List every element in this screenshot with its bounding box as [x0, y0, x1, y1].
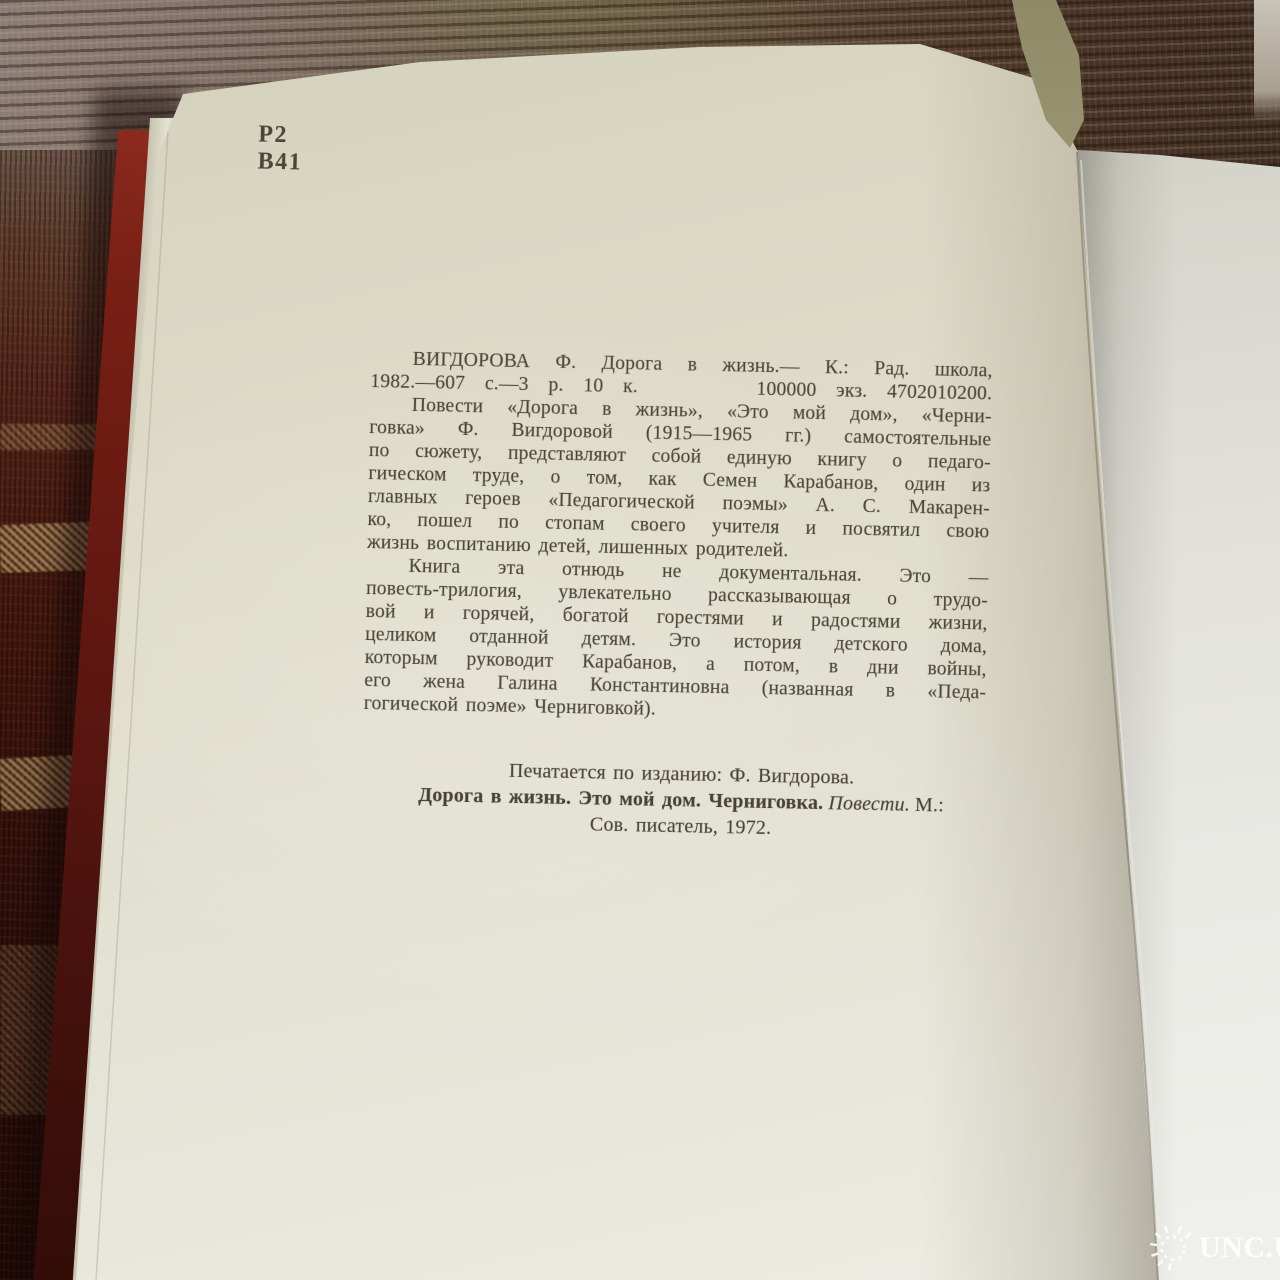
imprint-genre-italic: Повести.: [828, 792, 910, 816]
watermark: UNC.UA: [1146, 1221, 1280, 1275]
bibliographic-annotation: ВИГДОРОВА Ф. Дорога в жизнь.— К.: Рад. ш…: [364, 347, 993, 727]
sun-burst-icon: [1146, 1221, 1200, 1275]
call-number-line: Р2: [258, 121, 303, 149]
watermark-text: UNC.UA: [1199, 1231, 1280, 1265]
call-number: Р2 В41: [257, 121, 303, 176]
call-number-line: В41: [257, 148, 302, 176]
background-object: [1254, 0, 1280, 122]
imprint-note: Печатается по изданию: Ф. Вигдорова. Дор…: [369, 755, 992, 845]
book-page-photo: Р2 В41 ВИГДОРОВА Ф. Дорога в жизнь.— К.:…: [0, 0, 1280, 1280]
imprint-city: М.:: [915, 794, 944, 817]
